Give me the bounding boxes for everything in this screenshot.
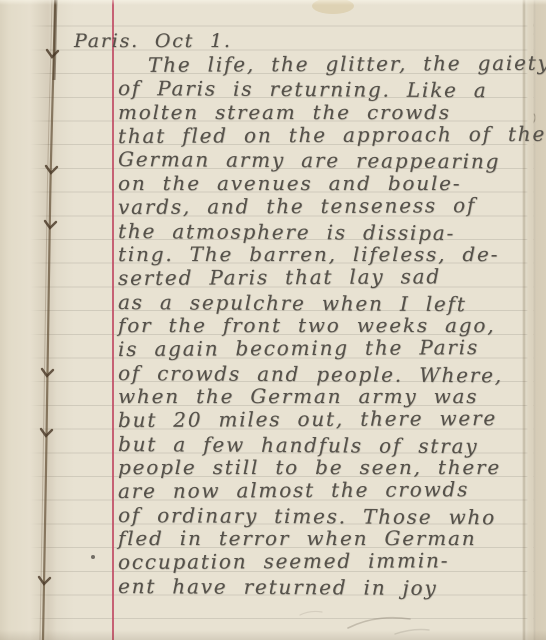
handwriting-line: the atmosphere is dissipa- <box>118 220 546 246</box>
handwriting-line: ent have returned in joy <box>118 575 546 601</box>
handwriting-line: are now almost the crowds <box>118 478 546 504</box>
handwriting-line: but a few handfuls of stray <box>118 433 546 459</box>
handwriting-line: serted Paris that lay sad <box>118 265 546 291</box>
handwriting-line: of ordinary times. Those who <box>118 504 546 530</box>
handwriting-line: of crowds and people. Where, <box>118 362 546 388</box>
handwriting-line: for the front two weeks ago, <box>118 314 546 338</box>
handwriting-line: German army are reappearing <box>118 148 546 174</box>
handwriting-line: as a sepulchre when I left <box>118 291 546 317</box>
handwriting-line: people still to be seen, there <box>118 456 546 480</box>
handwriting-line: fled in terror when German <box>118 527 546 551</box>
red-margin-line <box>112 0 114 640</box>
handwriting-line: vards, and the tenseness of <box>118 194 546 220</box>
notebook-page: Paris. Oct 1. The life, the glitter, the… <box>0 0 546 640</box>
handwriting-line: The life, the glitter, the gaiety <box>118 51 546 77</box>
handwriting-line: that fled on the approach of the <box>118 123 546 149</box>
handwriting-line: of Paris is returning. Like a <box>118 77 546 103</box>
handwriting-line: on the avenues and boule- <box>118 172 546 196</box>
handwriting-line: but 20 miles out, there were <box>118 407 546 433</box>
handwriting-line: occupation seemed immin- <box>118 549 546 575</box>
handwriting-line: ting. The barren, lifeless, de- <box>118 243 546 267</box>
diary-entry: Paris. Oct 1. The life, the glitter, the… <box>118 30 546 599</box>
handwriting-line: is again becoming the Paris <box>118 336 546 362</box>
